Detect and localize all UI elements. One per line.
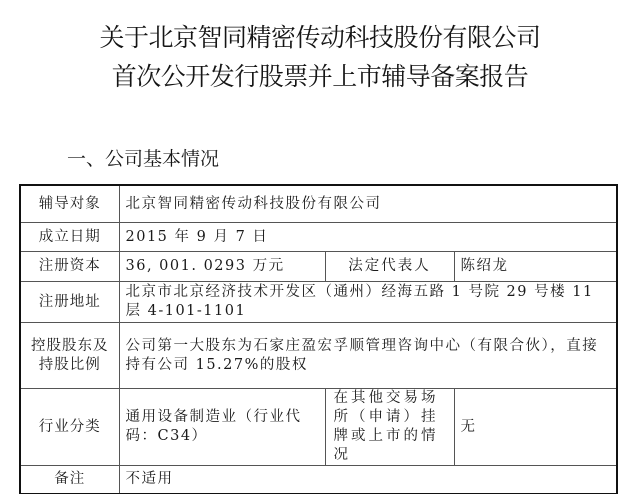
row-value-industry: 通用设备制造业（行业代码：C34） [119,389,325,466]
row-label-other-listing: 在其他交易场所（申请）挂牌或上市的情况 [325,389,454,466]
table-row: 辅导对象 北京智同精密传动科技股份有限公司 [20,185,617,223]
document-title-line1: 关于北京智同精密传动科技股份有限公司 [0,18,640,54]
table-row: 备注 不适用 [20,466,617,494]
table-row: 控股股东及持股比例 公司第一大股东为石家庄盈宏孚顺管理咨询中心（有限合伙），直接… [20,323,617,389]
table-row: 注册资本 36, 001. 0293 万元 法定代表人 陈绍龙 [20,252,617,282]
row-label-established-date: 成立日期 [20,223,119,252]
row-value-legal-representative: 陈绍龙 [454,252,617,282]
table-row: 注册地址 北京市北京经济技术开发区（通州）经海五路 1 号院 29 号楼 11 … [20,282,617,323]
row-label-tutoring-target: 辅导对象 [20,185,119,223]
row-value-remarks: 不适用 [119,466,617,494]
row-label-legal-representative: 法定代表人 [325,252,454,282]
document-title-line2: 首次公开发行股票并上市辅导备案报告 [0,57,640,93]
row-value-other-listing: 无 [454,389,617,466]
company-info-table: 辅导对象 北京智同精密传动科技股份有限公司 成立日期 2015 年 9 月 7 … [19,184,618,494]
row-label-controlling-shareholder: 控股股东及持股比例 [20,323,119,389]
row-label-registered-capital: 注册资本 [20,252,119,282]
row-value-registered-capital: 36, 001. 0293 万元 [119,252,325,282]
row-value-tutoring-target: 北京智同精密传动科技股份有限公司 [119,185,617,223]
row-label-remarks: 备注 [20,466,119,494]
row-value-registered-address: 北京市北京经济技术开发区（通州）经海五路 1 号院 29 号楼 11 层 4-1… [119,282,617,323]
table-row: 成立日期 2015 年 9 月 7 日 [20,223,617,252]
row-value-controlling-shareholder: 公司第一大股东为石家庄盈宏孚顺管理咨询中心（有限合伙），直接持有公司 15.27… [119,323,617,389]
table-row: 行业分类 通用设备制造业（行业代码：C34） 在其他交易场所（申请）挂牌或上市的… [20,389,617,466]
row-label-industry: 行业分类 [20,389,119,466]
row-value-established-date: 2015 年 9 月 7 日 [119,223,617,252]
section-heading: 一、公司基本情况 [67,144,219,171]
row-label-registered-address: 注册地址 [20,282,119,323]
